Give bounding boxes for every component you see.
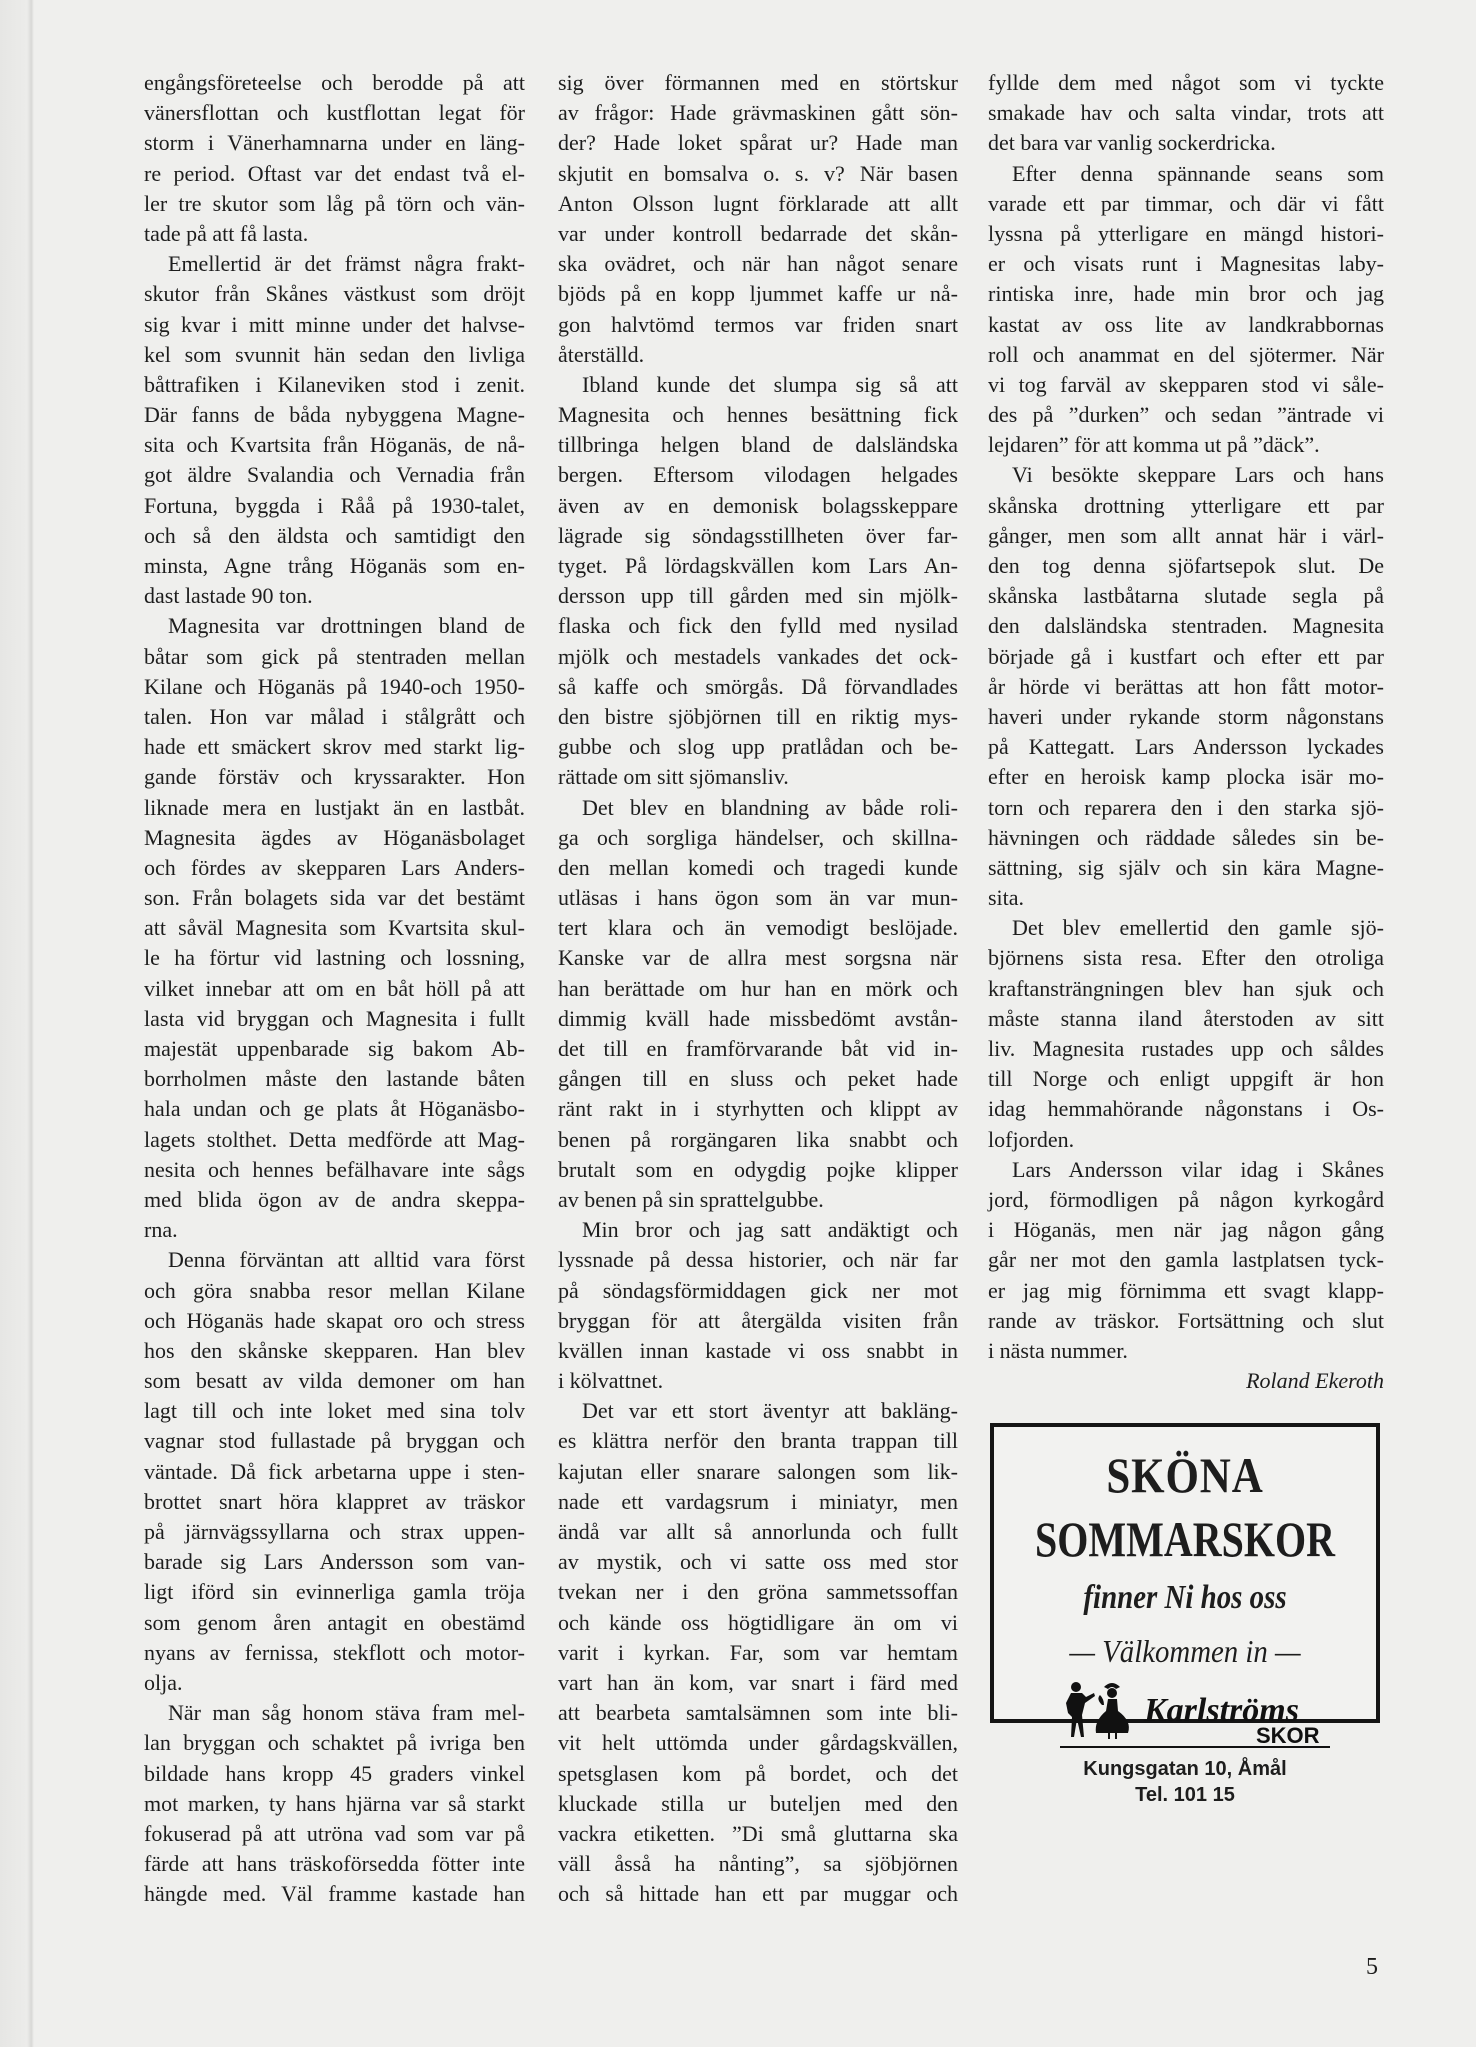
- article-text-line: i kölvattnet.: [558, 1366, 958, 1396]
- ad-headline-line1: SKÖNA: [1021, 1449, 1350, 1501]
- article-text-line: ska ovädret, och när han något senare: [558, 249, 958, 279]
- article-text-line: att såväl Magnesita som Kvartsita skul-: [144, 913, 525, 943]
- article-text-line: i nästa nummer.: [988, 1336, 1384, 1366]
- article-text-line: vart han än kom, var snart i färd med: [558, 1668, 958, 1698]
- article-text-line: lyssnade på dessa historier, och när far: [558, 1245, 958, 1275]
- article-text-line: utläsas i hans ögon som än var mun-: [558, 883, 958, 913]
- article-text-line: re period. Oftast var det endast två el-: [144, 159, 525, 189]
- article-text-line: bjöds på en kopp ljummet kaffe ur nå-: [558, 279, 958, 309]
- article-text-line: der? Hade loket spårat ur? Hade man: [558, 128, 958, 158]
- article-text-line: år hörde vi berättas att hon fått motor-: [988, 672, 1384, 702]
- karlstroms-skor-logo: Karlströms SKOR: [1060, 1675, 1332, 1755]
- article-text-line: tillbringa helgen bland de dalsländska: [558, 430, 958, 460]
- article-text-line: och så hittade han ett par muggar och: [558, 1879, 958, 1909]
- article-text-line: av benen på sin sprattelgubbe.: [558, 1185, 958, 1215]
- dancing-couple-silhouette-icon: [1066, 1682, 1129, 1739]
- article-text-line: i Höganäs, men när jag någon gång: [988, 1215, 1384, 1245]
- article-text-line: kvällen innan kastade vi oss snabbt in: [558, 1336, 958, 1366]
- article-text-line: er och visats runt i Magnesitas laby-: [988, 249, 1384, 279]
- article-text-line: lagets stolthet. Detta medförde att Mag-: [144, 1125, 525, 1155]
- article-text-line: Denna förväntan att alltid vara först: [144, 1245, 525, 1275]
- article-text-line: rättade om sitt sjömansliv.: [558, 762, 958, 792]
- article-text-line: väntade. Då fick arbetarna uppe i sten-: [144, 1457, 525, 1487]
- article-text-line: le ha förtur vid lastning och lossning,: [144, 943, 525, 973]
- article-text-line: Ibland kunde det slumpa sig så att: [558, 370, 958, 400]
- article-text-line: När man såg honom stäva fram mel-: [144, 1698, 525, 1728]
- article-text-line: rna.: [144, 1215, 525, 1245]
- article-text-line: hävningen och räddade således sin be-: [988, 823, 1384, 853]
- article-text-line: ändå var allt så annorlunda och fullt: [558, 1517, 958, 1547]
- article-text-line: Emellertid är det främst några frakt-: [144, 249, 525, 279]
- article-text-line: nade ett vardagsrum i miniatyr, men: [558, 1487, 958, 1517]
- article-text-line: ler tre skutor som låg på törn och vän-: [144, 189, 525, 219]
- article-text-line: barade sig Lars Andersson som van-: [144, 1547, 525, 1577]
- article-text-line: så kaffe och smörgås. Då förvandlades: [558, 672, 958, 702]
- article-text-line: jord, förmodligen på någon kyrkogård: [988, 1185, 1384, 1215]
- article-text-line: hos den skånske skepparen. Han blev: [144, 1336, 525, 1366]
- article-text-line: rintiska inre, hade min bror och jag: [988, 279, 1384, 309]
- article-text-line: son. Från bolagets sida var det bestämt: [144, 883, 525, 913]
- article-text-line: lägrade sig söndagsstillheten över far-: [558, 521, 958, 551]
- article-text-line: björnens sista resa. Efter den otroliga: [988, 943, 1384, 973]
- ad-welcome: — Välkommen in —: [1013, 1633, 1357, 1669]
- article-text-line: gon halvtömd termos var friden snart: [558, 310, 958, 340]
- article-text-line: var under kontroll bedarrade det skån-: [558, 219, 958, 249]
- article-text-line: Kanske var de allra mest sorgsna när: [558, 943, 958, 973]
- article-text-line: gubbe och slog upp pratlådan och be-: [558, 732, 958, 762]
- article-text-line: började gå i kustfart och efter ett par: [988, 642, 1384, 672]
- page-number: 5: [1366, 1954, 1378, 1981]
- article-text-line: återställd.: [558, 340, 958, 370]
- article-text-line: hängde med. Väl framme kastade han: [144, 1879, 525, 1909]
- article-text-line: minsta, Agne trång Höganäs som en-: [144, 551, 525, 581]
- article-text-line: gande förstäv och kryssarakter. Hon: [144, 762, 525, 792]
- article-text-line: tert klara och än vemodigt beslöjade.: [558, 913, 958, 943]
- article-text-line: engångsföreteelse och berodde på att: [144, 68, 525, 98]
- article-text-line: ligt iförd sin evinnerliga gamla tröja: [144, 1577, 525, 1607]
- article-text-line: av frågor: Hade grävmaskinen gått sön-: [558, 98, 958, 128]
- article-text-line: går ner mot den gamla lastplatsen tyck-: [988, 1245, 1384, 1275]
- article-text-line: brottet snart höra klappret av träskor: [144, 1487, 525, 1517]
- article-text-line: måste stanna iland återstoden av sitt: [988, 1004, 1384, 1034]
- article-text-line: skutor från Skånes västkust som dröjt: [144, 279, 525, 309]
- article-text-line: att bearbeta samtalsämnen som inte bli-: [558, 1698, 958, 1728]
- article-text-line: sita.: [988, 883, 1384, 913]
- article-text-line: den bistre sjöbjörnen till en riktig mys…: [558, 702, 958, 732]
- article-text-line: lan bryggan och schaktet på ivriga ben: [144, 1728, 525, 1758]
- article-text-line: skånska lastbåtarna slutade segla på: [988, 581, 1384, 611]
- article-text-line: den dalsländska stentraden. Magnesita: [988, 611, 1384, 641]
- article-text-line: got äldre Svalandia och Vernadia från: [144, 460, 525, 490]
- article-text-line: skånska drottning ytterligare ett par: [988, 491, 1384, 521]
- article-text-line: mot marken, ty hans hjärna var så starkt: [144, 1789, 525, 1819]
- author-byline: Roland Ekeroth: [988, 1366, 1384, 1396]
- article-text-line: dersson upp till gården med sin mjölk-: [558, 581, 958, 611]
- article-text-line: mjölk och mestadels vankades det ock-: [558, 642, 958, 672]
- article-text-line: hala undan och ge plats åt Höganäsbo-: [144, 1094, 525, 1124]
- article-text-line: kajutan eller snarare salongen som lik-: [558, 1457, 958, 1487]
- article-text-line: Vi besökte skeppare Lars och hans: [988, 460, 1384, 490]
- article-text-line: även av en demonisk bolagsskeppare: [558, 491, 958, 521]
- article-text-line: vänersflottan och kustflottan legat för: [144, 98, 525, 128]
- article-text-line: på söndagsförmiddagen gick ner mot: [558, 1276, 958, 1306]
- article-text-line: Där fanns de båda nybyggena Magne-: [144, 400, 525, 430]
- article-text-line: Magnesita och hennes besättning fick: [558, 400, 958, 430]
- article-text-line: lofjorden.: [988, 1125, 1384, 1155]
- article-text-line: tade på att få lasta.: [144, 219, 525, 249]
- article-text-line: till Norge och enligt uppgift är hon: [988, 1064, 1384, 1094]
- article-text-line: och kände oss högtidligare än om vi: [558, 1608, 958, 1638]
- article-text-line: bryggan för att återgälda visiten från: [558, 1306, 958, 1336]
- article-text-line: tvekan ner i den gröna sammetssoffan: [558, 1577, 958, 1607]
- article-text-line: nesita och hennes befälhavare inte sågs: [144, 1155, 525, 1185]
- article-text-line: es klättra nerför den branta trappan til…: [558, 1426, 958, 1456]
- article-text-line: Efter denna spännande seans som: [988, 159, 1384, 189]
- ad-phone: Tel. 101 15: [994, 1783, 1376, 1807]
- article-column-1: engångsföreteelse och berodde på attväne…: [144, 68, 525, 1909]
- article-text-line: kastat av oss lite av landkrabbornas: [988, 310, 1384, 340]
- article-text-line: nyans av fernissa, stekflott och motor-: [144, 1638, 525, 1668]
- ad-subline: finner Ni hos oss: [1023, 1579, 1348, 1617]
- article-text-line: på järnvägssyllarna och strax uppen-: [144, 1517, 525, 1547]
- article-text-line: som besatt av vilda demoner om han: [144, 1366, 525, 1396]
- article-text-line: spetsglasen kom på bordet, och det: [558, 1759, 958, 1789]
- article-text-line: Magnesita ägdes av Höganäsbolaget: [144, 823, 525, 853]
- article-text-line: sig kvar i mitt minne under det halvse-: [144, 310, 525, 340]
- article-text-line: efter en heroisk kamp plocka isär mo-: [988, 762, 1384, 792]
- article-text-line: ränt rakt in i styrhytten och klippt av: [558, 1094, 958, 1124]
- article-text-line: torn och reparera den i den starka sjö-: [988, 793, 1384, 823]
- article-text-line: Kilane och Höganäs på 1940-och 1950-: [144, 672, 525, 702]
- article-text-line: vilket innebar att om en båt höll på att: [144, 974, 525, 1004]
- article-column-3: fyllde dem med något som vi tycktesmakad…: [988, 68, 1384, 1396]
- article-text-line: som genom åren antagit en obestämd: [144, 1608, 525, 1638]
- article-text-line: kraftansträngningen blev han sjuk och: [988, 974, 1384, 1004]
- article-text-line: det till en framförvarande båt vid in-: [558, 1034, 958, 1064]
- article-text-line: sättning, sig själv och sin kära Magne-: [988, 853, 1384, 883]
- article-column-2: sig över förmannen med en störtskurav fr…: [558, 68, 958, 1909]
- article-text-line: vit helt uttömda under gårdagskvällen,: [558, 1728, 958, 1758]
- article-text-line: varade ett par timmar, och där vi fått: [988, 189, 1384, 219]
- article-text-line: idag hemmahörande någonstans i Os-: [988, 1094, 1384, 1124]
- article-text-line: Det var ett stort äventyr att bakläng-: [558, 1396, 958, 1426]
- article-text-line: lyssna på ytterligare en mängd histori-: [988, 219, 1384, 249]
- article-text-line: väll åsså ha nånting”, sa sjöbjörnen: [558, 1849, 958, 1879]
- ad-headline-line2: SOMMARSKOR: [1032, 1513, 1338, 1565]
- article-text-line: borrholmen måste den lastande båten: [144, 1064, 525, 1094]
- article-text-line: rande av träskor. Fortsättning och slut: [988, 1306, 1384, 1336]
- article-text-line: dast lastade 90 ton.: [144, 581, 525, 611]
- article-text-line: benen på rorgängaren lika snabbt och: [558, 1125, 958, 1155]
- article-text-line: roll och anammat en del sjötermer. När: [988, 340, 1384, 370]
- article-text-line: dimmig kväll hade missbedömt avstån-: [558, 1004, 958, 1034]
- article-text-line: liknade mera en lustjakt än en lastbåt.: [144, 793, 525, 823]
- article-text-line: Magnesita var drottningen bland de: [144, 611, 525, 641]
- article-text-line: liv. Magnesita rustades upp och såldes: [988, 1034, 1384, 1064]
- article-text-line: sig över förmannen med en störtskur: [558, 68, 958, 98]
- article-text-line: bergen. Eftersom vilodagen helgades: [558, 460, 958, 490]
- article-text-line: båttrafiken i Kilaneviken stod i zenit.: [144, 370, 525, 400]
- page-spine-shadow: [0, 0, 34, 2047]
- article-text-line: vi tog farväl av skepparen stod vi såle-: [988, 370, 1384, 400]
- article-text-line: Min bror och jag satt andäktigt och: [558, 1215, 958, 1245]
- article-text-line: smakade hav och salta vindar, trots att: [988, 98, 1384, 128]
- article-text-line: Lars Andersson vilar idag i Skånes: [988, 1155, 1384, 1185]
- article-text-line: lasta vid bryggan och Magnesita i fullt: [144, 1004, 525, 1034]
- article-text-line: brutalt som en odygdig pojke klipper: [558, 1155, 958, 1185]
- article-text-line: den tog denna sjöfartsepok slut. De: [988, 551, 1384, 581]
- article-text-line: varit i kyrkan. Far, som var hemtam: [558, 1638, 958, 1668]
- article-text-line: och fördes av skepparen Lars Anders-: [144, 853, 525, 883]
- article-text-line: Det blev emellertid den gamle sjö-: [988, 913, 1384, 943]
- article-text-line: Fortuna, byggda i Råå på 1930-talet,: [144, 491, 525, 521]
- article-text-line: skjutit en bomsalva o. s. v? När basen: [558, 159, 958, 189]
- article-text-line: på Kattegatt. Lars Andersson lyckades: [988, 732, 1384, 762]
- article-text-line: sita och Kvartsita från Höganäs, de nå-: [144, 430, 525, 460]
- article-text-line: haveri under rykande storm någonstans: [988, 702, 1384, 732]
- article-text-line: Anton Olsson lugnt förklarade att allt: [558, 189, 958, 219]
- article-text-line: vagnar stod fullastade på bryggan och: [144, 1426, 525, 1456]
- article-text-line: talen. Hon var målad i stålgrått och: [144, 702, 525, 732]
- article-text-line: med blida ögon av de andra skeppa-: [144, 1185, 525, 1215]
- article-text-line: gången till en sluss och peket hade: [558, 1064, 958, 1094]
- article-text-line: ga och sorgliga händelser, och skillna-: [558, 823, 958, 853]
- article-text-line: vackra etiketten. ”Di små gluttarna ska: [558, 1819, 958, 1849]
- article-text-line: han berättade om hur han en mörk och: [558, 974, 958, 1004]
- article-text-line: fyllde dem med något som vi tyckte: [988, 68, 1384, 98]
- article-text-line: färde att hans träskoförsedda fötter int…: [144, 1849, 525, 1879]
- article-text-line: kel som svunnit hän sedan den livliga: [144, 340, 525, 370]
- article-text-line: och Höganäs hade skapat oro och stress: [144, 1306, 525, 1336]
- article-text-line: lejdaren” för att komma ut på ”däck”.: [988, 430, 1384, 460]
- article-text-line: fokuserad på att utröna vad som var på: [144, 1819, 525, 1849]
- shoe-store-advertisement: SKÖNA SOMMARSKOR finner Ni hos oss — Väl…: [990, 1423, 1380, 1723]
- article-text-line: Det blev en blandning av både roli-: [558, 793, 958, 823]
- article-text-line: des på ”durken” och sedan ”äntrade vi: [988, 400, 1384, 430]
- article-text-line: gånger, men som allt annat här i värl-: [988, 521, 1384, 551]
- logo-skor-text: SKOR: [1256, 1723, 1320, 1748]
- article-text-line: hade ett smäckert skrov med starkt lig-: [144, 732, 525, 762]
- article-text-line: den mellan komedi och tragedi kunde: [558, 853, 958, 883]
- article-text-line: olja.: [144, 1668, 525, 1698]
- article-text-line: båtar som gick på stentraden mellan: [144, 642, 525, 672]
- article-text-line: majestät uppenbarade sig bakom Ab-: [144, 1034, 525, 1064]
- article-text-line: flaska och fick den fylld med nysilad: [558, 611, 958, 641]
- article-text-line: och så den äldsta och samtidigt den: [144, 521, 525, 551]
- article-text-line: kluckade stilla ur buteljen med den: [558, 1789, 958, 1819]
- article-text-line: tyget. På lördagskvällen kom Lars An-: [558, 551, 958, 581]
- article-text-line: bildade hans kropp 45 graders vinkel: [144, 1759, 525, 1789]
- article-text-line: er jag mig förnimma ett svagt klapp-: [988, 1276, 1384, 1306]
- ad-address: Kungsgatan 10, Åmål: [994, 1757, 1376, 1781]
- article-text-line: det bara var vanlig sockerdricka.: [988, 128, 1384, 158]
- article-text-line: av mystik, och vi satte oss med stor: [558, 1547, 958, 1577]
- article-text-line: och göra snabba resor mellan Kilane: [144, 1276, 525, 1306]
- article-text-line: lagt till och inte loket med sina tolv: [144, 1396, 525, 1426]
- article-text-line: storm i Vänerhamnarna under en läng-: [144, 128, 525, 158]
